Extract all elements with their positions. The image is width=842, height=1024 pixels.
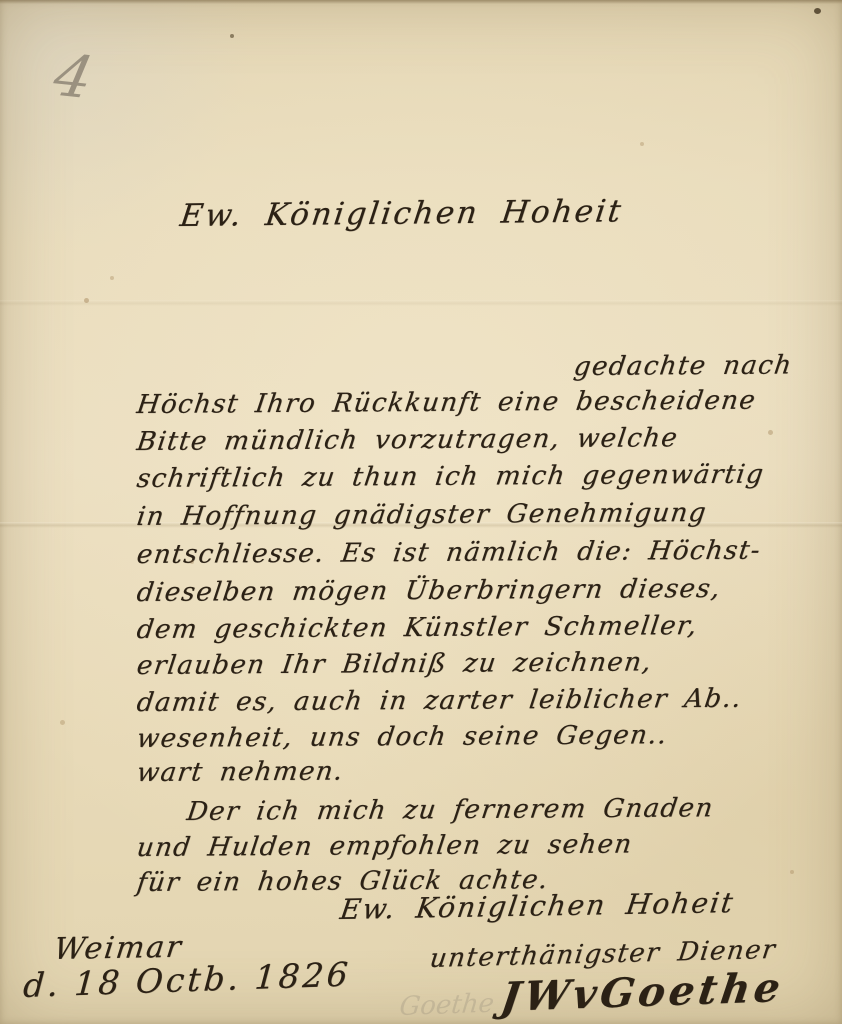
archival-number-pencil: 4 xyxy=(48,41,99,112)
foxing-spot xyxy=(110,276,114,280)
foxing-spot xyxy=(60,720,65,725)
body-line: Höchst Ihro Rückkunft eine bescheidene xyxy=(135,386,758,420)
salutation-line: Ew. Königlichen Hoheit xyxy=(178,193,625,234)
body-line: Der ich mich zu fernerem Gnaden xyxy=(185,793,716,827)
body-line: Bitte mündlich vorzutragen, welche xyxy=(135,423,680,457)
paper-crease xyxy=(0,300,842,306)
body-line: dieselben mögen Überbringern dieses, xyxy=(135,574,723,608)
foxing-spot xyxy=(768,430,773,435)
closing-address-line: Ew. Königlichen Hoheit xyxy=(338,886,737,926)
body-line: schriftlich zu thun ich mich gegenwärtig xyxy=(135,460,766,494)
body-line: wesenheit, uns doch seine Gegen.. xyxy=(135,720,670,754)
body-line: gedachte nach xyxy=(572,350,794,382)
letter-scan-page: 4 Ew. Königlichen Hoheit gedachte nach H… xyxy=(0,0,842,1024)
foxing-spot xyxy=(790,870,794,874)
foxing-spot xyxy=(230,34,234,38)
body-line: in Hoffnung gnädigster Genehmigung xyxy=(135,498,709,532)
body-line: entschliesse. Es ist nämlich die: Höchst… xyxy=(135,536,763,570)
foxing-spot xyxy=(640,142,644,146)
pencil-annotation-goethe: Goethe xyxy=(398,989,495,1022)
foxing-spot xyxy=(84,298,89,303)
body-line: damit es, auch in zarter leiblicher Ab.. xyxy=(135,684,744,718)
body-line: dem geschickten Künstler Schmeller, xyxy=(135,611,700,645)
body-line: wart nehmen. xyxy=(135,757,346,788)
foxing-spot xyxy=(814,8,821,14)
signature-goethe: JWvGoethe xyxy=(498,964,787,1021)
body-line: erlauben Ihr Bildniß zu zeichnen, xyxy=(135,647,654,681)
body-line: und Hulden empfohlen zu sehen xyxy=(135,830,635,863)
